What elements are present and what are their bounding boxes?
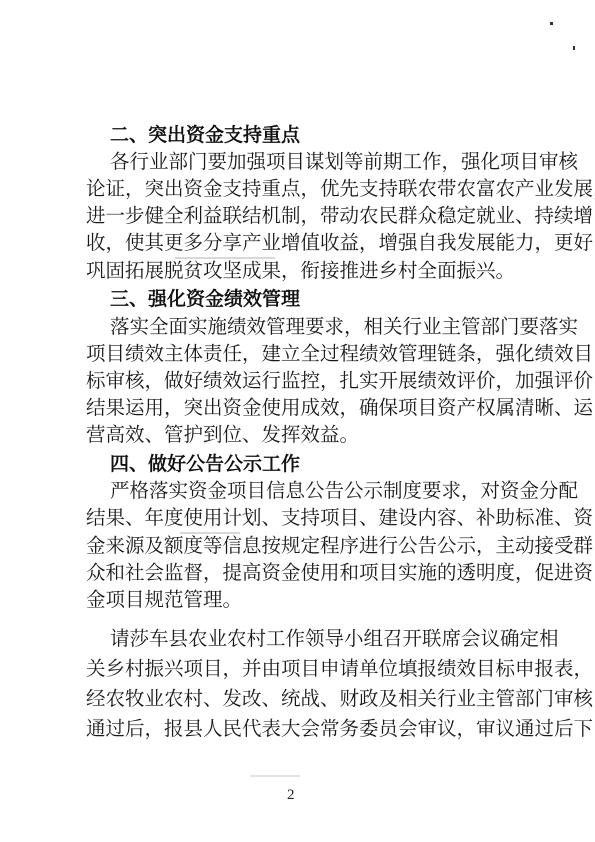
paragraph-line: 进一步健全利益联结机制，带动农民群众稳定就业、持续增 <box>86 203 506 229</box>
section-heading-4: 四、做好公告公示工作 <box>110 451 300 477</box>
section-heading-2: 二、突出资金支持重点 <box>110 122 300 148</box>
paragraph-line: 关乡村振兴项目，并由项目申请单位填报绩效目标申报表， <box>86 656 506 682</box>
paragraph-line: 经农牧业农村、发改、统战、财政及相关行业主管部门审核 <box>86 686 506 712</box>
paragraph-line: 论证，突出资金支持重点，优先支持联农带农富农产业发展， <box>86 176 506 202</box>
page-number: 2 <box>287 787 295 804</box>
paragraph-line: 营高效、管护到位、发挥效益。 <box>86 422 506 448</box>
document-page: 二、突出资金支持重点 各行业部门要加强项目谋划等前期工作，强化项目审核 论证，突… <box>0 0 595 842</box>
paragraph-line: 严格落实资金项目信息公告公示制度要求，对资金分配 <box>110 478 506 504</box>
paragraph-line: 收，使其更多分享产业增值收益，增强自我发展能力，更好 <box>86 230 506 256</box>
paragraph-line: 金来源及额度等信息按规定程序进行公告公示，主动接受群 <box>86 533 506 559</box>
paragraph-line: 众和社会监督，提高资金使用和项目实施的透明度，促进资 <box>86 560 506 586</box>
paragraph-line: 项目绩效主体责任，建立全过程绩效管理链条，强化绩效目 <box>86 341 506 367</box>
paragraph-line: 通过后，报县人民代表大会常务委员会审议，审议通过后下 <box>86 716 506 742</box>
paragraph-line: 金项目规范管理。 <box>86 587 506 613</box>
scan-speck <box>550 22 553 25</box>
paragraph-line: 标审核，做好绩效运行监控，扎实开展绩效评价，加强评价 <box>86 368 506 394</box>
section-heading-3: 三、强化资金绩效管理 <box>110 286 300 312</box>
paragraph-line: 各行业部门要加强项目谋划等前期工作，强化项目审核 <box>110 149 506 175</box>
paragraph-line: 结果、年度使用计划、支持项目、建设内容、补助标准、资 <box>86 505 506 531</box>
scan-smudge <box>250 775 300 777</box>
paragraph-line: 请莎车县农业农村工作领导小组召开联席会议确定相 <box>110 626 506 652</box>
paragraph-line: 结果运用，突出资金使用成效，确保项目资产权属清晰、运 <box>86 395 506 421</box>
paragraph-line: 落实全面实施绩效管理要求，相关行业主管部门要落实 <box>110 314 506 340</box>
scan-speck <box>573 46 575 50</box>
paragraph-line: 巩固拓展脱贫攻坚成果，衔接推进乡村全面振兴。 <box>86 258 506 284</box>
